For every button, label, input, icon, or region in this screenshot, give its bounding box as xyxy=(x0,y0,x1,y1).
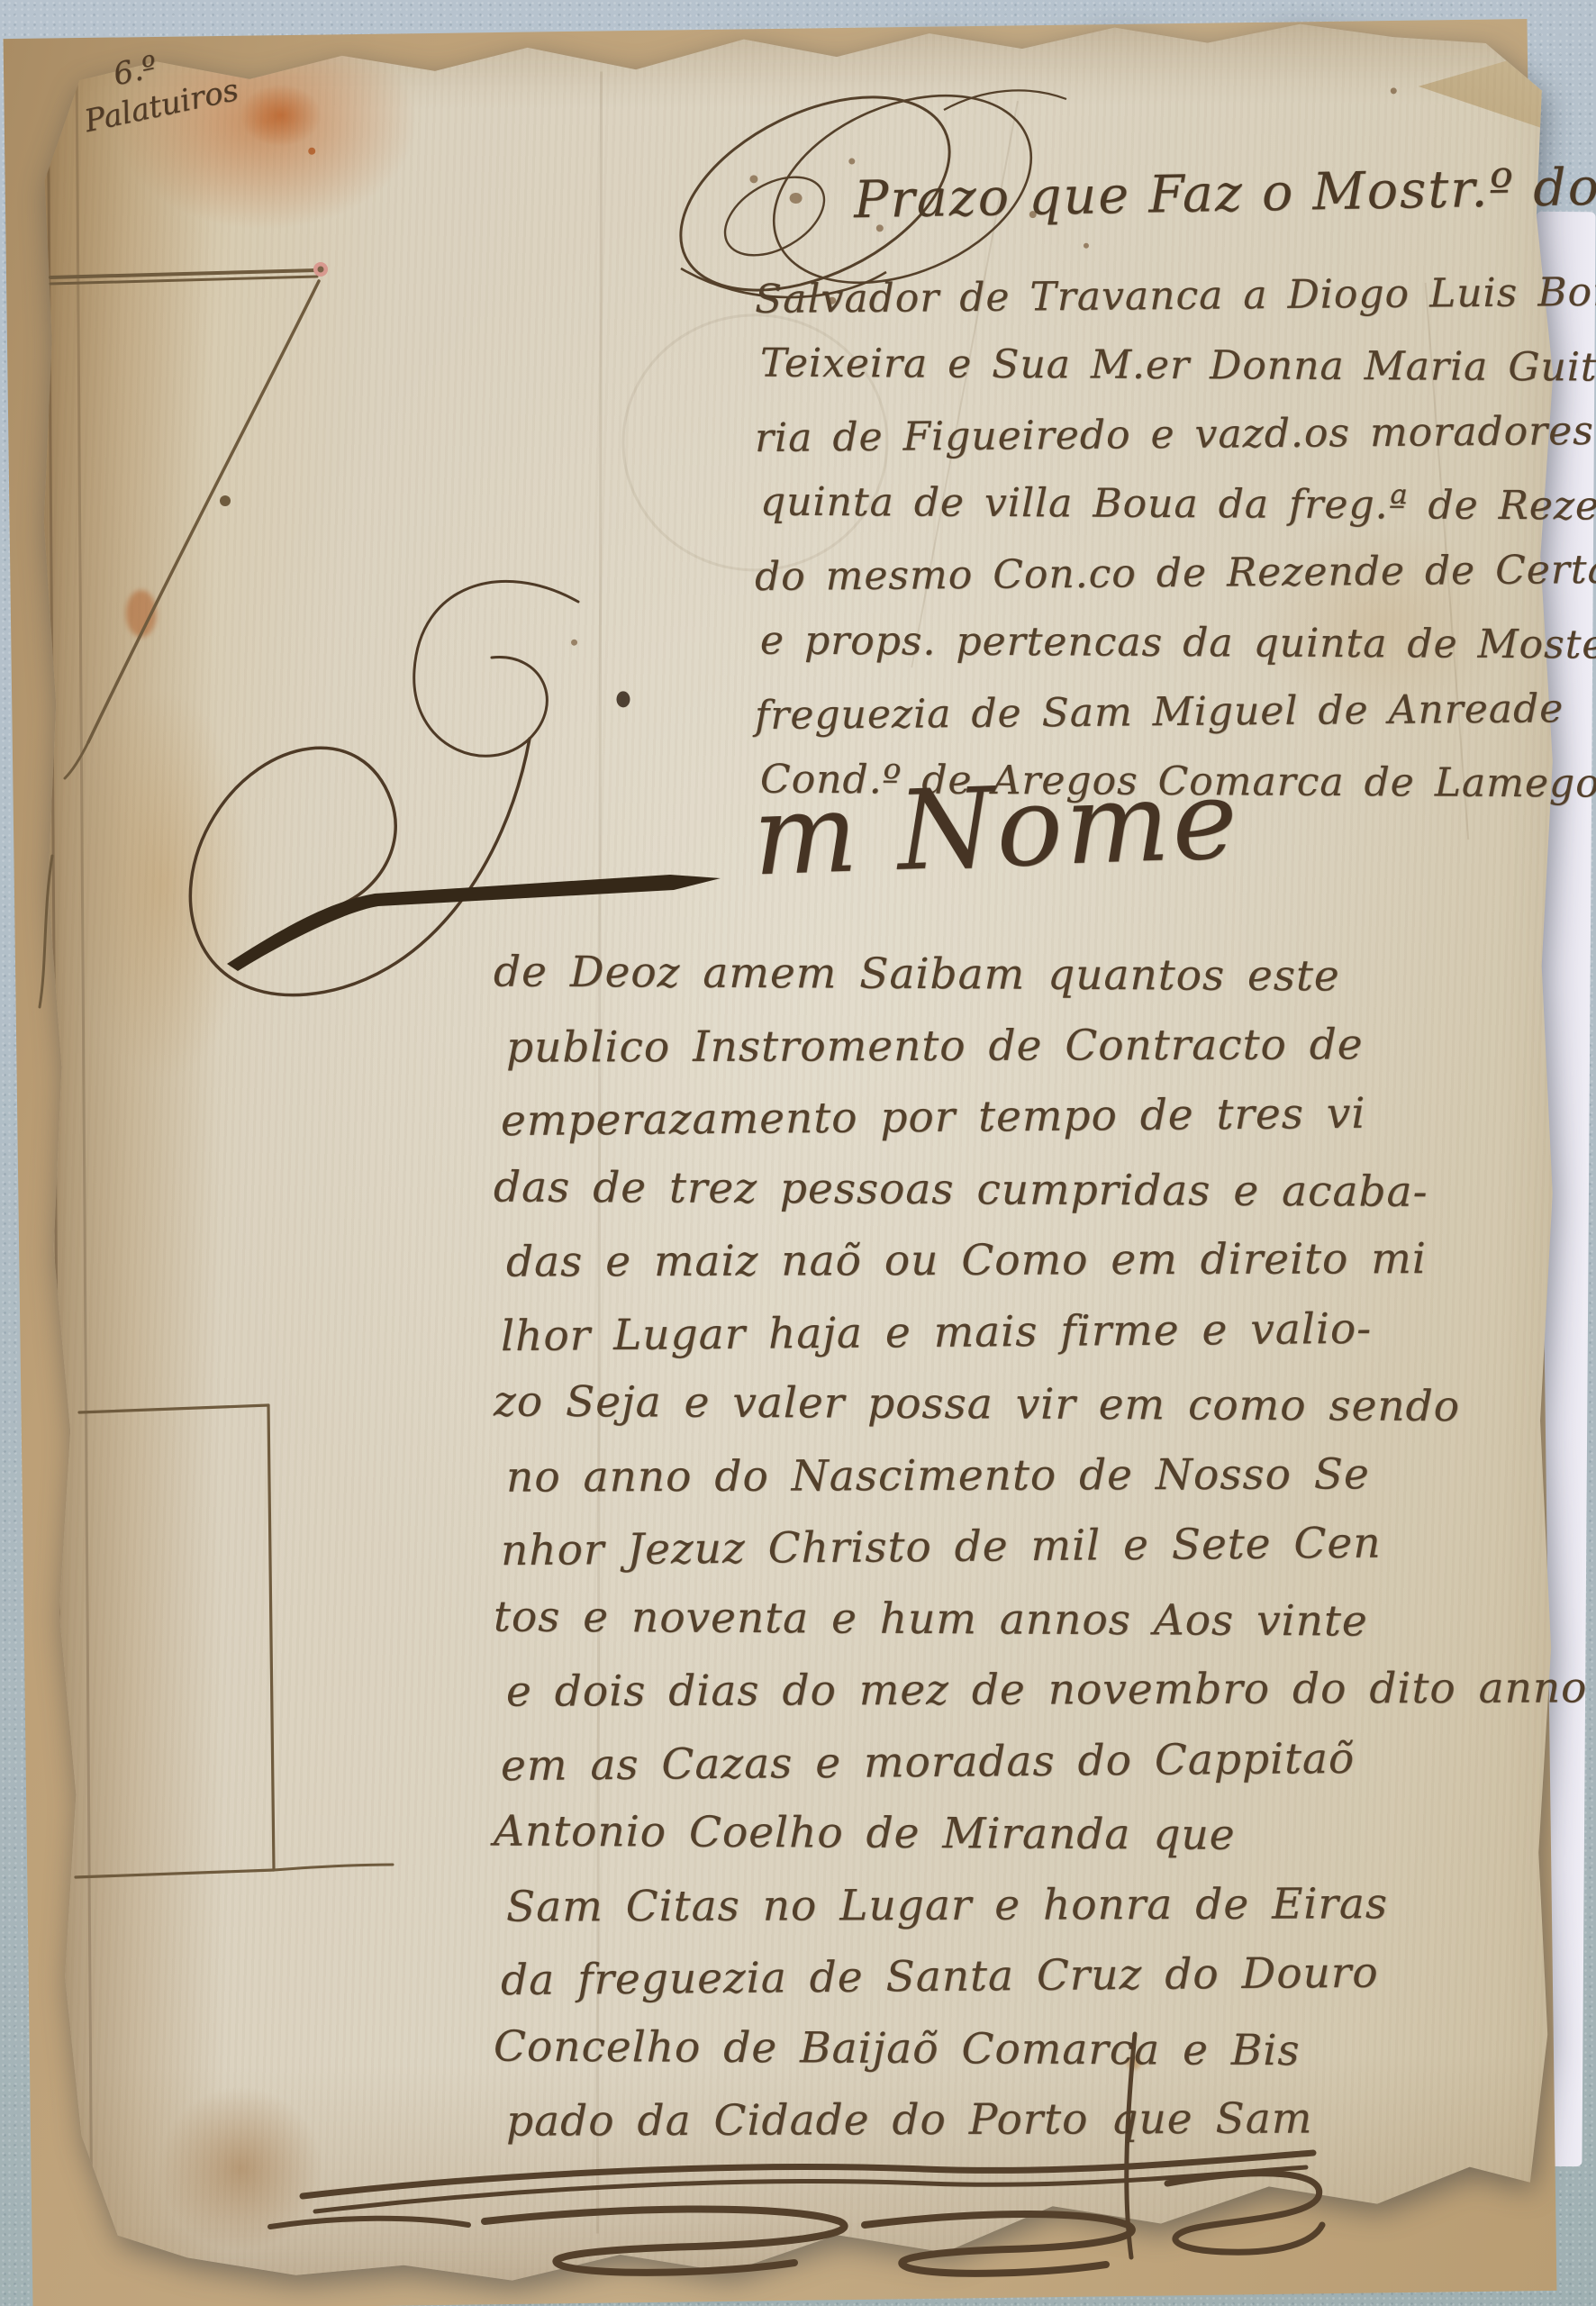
body-line: das e maiz naõ ou Como em direito mi xyxy=(506,1223,1371,1298)
header-line: freguezia de Sam Miguel de Anreade xyxy=(755,674,1593,750)
speck xyxy=(848,159,855,165)
binding-spine xyxy=(17,21,227,2295)
body-line: e dois dias do mez de novembro do dito a… xyxy=(506,1653,1371,1728)
header-line: ria de Figueiredo e vazd.os moradores na… xyxy=(755,396,1593,473)
body-line: lhor Lugar haja e mais firme e valio- xyxy=(501,1293,1366,1372)
body-line: zo Seja e valer possa vir em como sendo xyxy=(494,1366,1358,1442)
body-line: tos e noventa e hum annos Aos vinte xyxy=(494,1581,1358,1657)
speck xyxy=(571,640,577,646)
body-line: Sam Citas no Lugar e honra de Eiras xyxy=(506,1868,1371,1943)
body-line: no anno do Nascimento de Nosso Se xyxy=(506,1439,1371,1513)
speck xyxy=(749,175,757,183)
speck xyxy=(1391,87,1397,94)
body-line: Antonio Coelho de Miranda que xyxy=(494,1795,1358,1872)
header-line: do mesmo Con.co de Rezende de Certas ter… xyxy=(755,535,1593,612)
header-line: Salvador de Travanca a Diogo Luis Borges xyxy=(755,258,1593,334)
rust-speck xyxy=(308,148,315,155)
body-line: nhor Jezuz Christo de mil e Sete Cen xyxy=(501,1508,1366,1587)
spine-fold-line xyxy=(46,22,65,2295)
manuscript-photo: 6.º Palatuiros Prazo que Faz o Mostr.º d… xyxy=(0,0,1596,2306)
speck xyxy=(790,193,803,204)
ink-blot xyxy=(616,691,630,707)
body-line: emperazamento por tempo de tres vi xyxy=(501,1078,1366,1158)
spine-fold-line xyxy=(75,22,94,2295)
body-line: pado da Cidade do Porto que Sam xyxy=(506,2083,1371,2157)
body-line: Concelho de Baijaõ Comarca e Bis xyxy=(494,2011,1358,2087)
header-block: Salvador de Travanca a Diogo Luis Borges… xyxy=(755,261,1592,816)
invocation-text: m Nome xyxy=(751,756,1242,901)
header-line: e props. pertencas da quinta de Mosteiró xyxy=(760,606,1596,680)
body-line: da freguezia de Santa Cruz do Douro xyxy=(501,1938,1366,2017)
speck xyxy=(1084,243,1089,249)
body-line: das de trez pessoas cumpridas e acaba- xyxy=(494,1151,1358,1228)
dog-ear-corner xyxy=(1418,31,1596,153)
rust-stain xyxy=(126,590,157,637)
header-line: Teixeira e Sua M.er Donna Maria Guite xyxy=(760,329,1596,403)
body-text-block: de Deoz amem Saibam quantos este publico… xyxy=(494,939,1358,2156)
body-line: de Deoz amem Saibam quantos este xyxy=(494,936,1358,1012)
body-line: publico Instromento de Contracto de xyxy=(506,1009,1371,1084)
body-line: em as Cazas e moradas do Cappitaõ xyxy=(501,1722,1366,1802)
header-line: quinta de villa Boua da freg.ª de Rezend… xyxy=(760,468,1596,541)
